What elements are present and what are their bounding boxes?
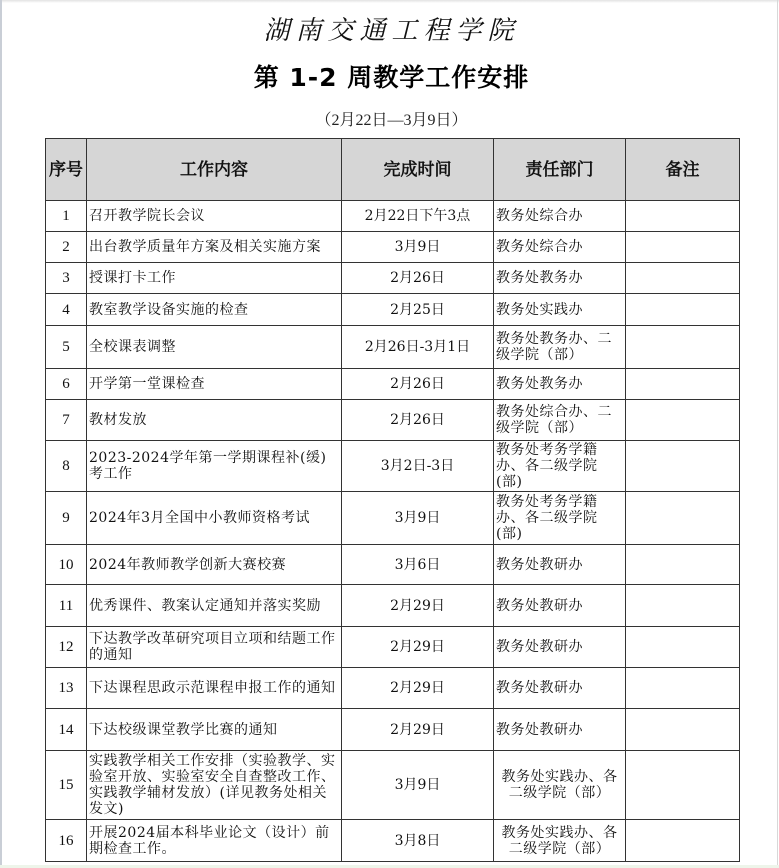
cell-dept: 教务处教研办 (494, 545, 626, 585)
cell-note (626, 369, 740, 400)
cell-content: 优秀课件、教案认定通知并落实奖励 (87, 585, 342, 627)
cell-note (626, 492, 740, 545)
cell-no: 5 (46, 326, 87, 369)
cell-note (626, 627, 740, 668)
cell-note (626, 585, 740, 627)
page-title: 第 1-2 周教学工作安排 (2, 58, 779, 94)
cell-time: 3月2日-3日 (342, 441, 494, 492)
cell-time: 2月29日 (342, 668, 494, 709)
cell-time: 2月26日 (342, 369, 494, 400)
cell-dept: 教务处考务学籍办、各二级学院(部) (494, 441, 626, 492)
top-shadow (2, 0, 779, 3)
cell-dept: 教务处教研办 (494, 668, 626, 709)
column-header-no: 序号 (46, 139, 87, 201)
cell-content: 开展2024届本科毕业论文（设计）前期检查工作。 (87, 820, 342, 862)
table-row: 11 优秀课件、教案认定通知并落实奖励 2月29日 教务处教研办 (46, 585, 740, 627)
table-row: 2 出台教学质量年方案及相关实施方案 3月9日 教务处综合办 (46, 232, 740, 263)
column-header-dept: 责任部门 (494, 139, 626, 201)
cell-dept: 教务处教研办 (494, 709, 626, 751)
cell-content: 下达教学改革研究项目立项和结题工作的通知 (87, 627, 342, 668)
cell-content: 授课打卡工作 (87, 263, 342, 294)
table-row: 13 下达课程思政示范课程申报工作的通知 2月29日 教务处教研办 (46, 668, 740, 709)
cell-no: 14 (46, 709, 87, 751)
cell-dept: 教务处教研办 (494, 627, 626, 668)
table-row: 15 实践教学相关工作安排（实验教学、实验室开放、实验室安全自查整改工作、实践教… (46, 751, 740, 820)
cell-content: 下达校级课堂教学比赛的通知 (87, 709, 342, 751)
cell-time: 2月26日 (342, 263, 494, 294)
document-page: 湖南交通工程学院 第 1-2 周教学工作安排 （2月22日—3月9日） 序号 工… (0, 0, 779, 865)
table-row: 4 教室教学设备实施的检查 2月25日 教务处实践办 (46, 294, 740, 326)
cell-dept: 教务处教务办 (494, 263, 626, 294)
cell-content: 实践教学相关工作安排（实验教学、实验室开放、实验室安全自查整改工作、实践教学辅材… (87, 751, 342, 820)
table-row: 10 2024年教师教学创新大赛校赛 3月6日 教务处教研办 (46, 545, 740, 585)
cell-note (626, 668, 740, 709)
cell-time: 2月26日 (342, 400, 494, 441)
cell-dept: 教务处综合办 (494, 232, 626, 263)
table-row: 16 开展2024届本科毕业论文（设计）前期检查工作。 3月8日 教务处实践办、… (46, 820, 740, 862)
cell-dept: 教务处综合办、二级学院（部） (494, 400, 626, 441)
table-row: 12 下达教学改革研究项目立项和结题工作的通知 2月29日 教务处教研办 (46, 627, 740, 668)
cell-no: 8 (46, 441, 87, 492)
table-header-row: 序号 工作内容 完成时间 责任部门 备注 (46, 139, 740, 201)
cell-content: 召开教学院长会议 (87, 201, 342, 232)
cell-note (626, 820, 740, 862)
cell-content: 全校课表调整 (87, 326, 342, 369)
cell-dept: 教务处考务学籍办、各二级学院(部) (494, 492, 626, 545)
cell-time: 2月22日下午3点 (342, 201, 494, 232)
cell-no: 4 (46, 294, 87, 326)
cell-dept: 教务处教务办 (494, 369, 626, 400)
cell-time: 2月29日 (342, 709, 494, 751)
cell-no: 10 (46, 545, 87, 585)
column-header-note: 备注 (626, 139, 740, 201)
cell-no: 16 (46, 820, 87, 862)
cell-time: 3月8日 (342, 820, 494, 862)
cell-time: 3月9日 (342, 492, 494, 545)
cell-time: 3月9日 (342, 232, 494, 263)
cell-note (626, 441, 740, 492)
cell-note (626, 263, 740, 294)
cell-content: 教材发放 (87, 400, 342, 441)
cell-time: 2月29日 (342, 585, 494, 627)
cell-dept: 教务处实践办 (494, 294, 626, 326)
cell-content: 2024年3月全国中小教师资格考试 (87, 492, 342, 545)
date-range: （2月22日—3月9日） (2, 107, 779, 130)
table-row: 7 教材发放 2月26日 教务处综合办、二级学院（部） (46, 400, 740, 441)
cell-note (626, 201, 740, 232)
cell-no: 1 (46, 201, 87, 232)
table-row: 14 下达校级课堂教学比赛的通知 2月29日 教务处教研办 (46, 709, 740, 751)
cell-note (626, 294, 740, 326)
table-row: 9 2024年3月全国中小教师资格考试 3月9日 教务处考务学籍办、各二级学院(… (46, 492, 740, 545)
cell-dept: 教务处实践办、各二级学院（部） (494, 820, 626, 862)
cell-no: 9 (46, 492, 87, 545)
cell-time: 3月6日 (342, 545, 494, 585)
school-name: 湖南交通工程学院 (2, 10, 779, 47)
cell-time: 2月25日 (342, 294, 494, 326)
cell-content: 2023-2024学年第一学期课程补(缓)考工作 (87, 441, 342, 492)
cell-note (626, 709, 740, 751)
cell-content: 出台教学质量年方案及相关实施方案 (87, 232, 342, 263)
cell-content: 2024年教师教学创新大赛校赛 (87, 545, 342, 585)
cell-no: 3 (46, 263, 87, 294)
table-row: 1 召开教学院长会议 2月22日下午3点 教务处综合办 (46, 201, 740, 232)
cell-time: 2月26日-3月1日 (342, 326, 494, 369)
cell-dept: 教务处教务办、二级学院（部） (494, 326, 626, 369)
table-row: 8 2023-2024学年第一学期课程补(缓)考工作 3月2日-3日 教务处考务… (46, 441, 740, 492)
cell-no: 7 (46, 400, 87, 441)
cell-dept: 教务处实践办、各二级学院（部） (494, 751, 626, 820)
table-row: 6 开学第一堂课检查 2月26日 教务处教务办 (46, 369, 740, 400)
table-row: 5 全校课表调整 2月26日-3月1日 教务处教务办、二级学院（部） (46, 326, 740, 369)
cell-content: 教室教学设备实施的检查 (87, 294, 342, 326)
cell-time: 2月29日 (342, 627, 494, 668)
cell-note (626, 326, 740, 369)
cell-dept: 教务处综合办 (494, 201, 626, 232)
cell-no: 12 (46, 627, 87, 668)
cell-dept: 教务处教研办 (494, 585, 626, 627)
cell-content: 下达课程思政示范课程申报工作的通知 (87, 668, 342, 709)
cell-note (626, 751, 740, 820)
table-row: 3 授课打卡工作 2月26日 教务处教务办 (46, 263, 740, 294)
column-header-time: 完成时间 (342, 139, 494, 201)
cell-no: 2 (46, 232, 87, 263)
schedule-table: 序号 工作内容 完成时间 责任部门 备注 1 召开教学院长会议 2月22日下午3… (45, 138, 740, 862)
cell-note (626, 545, 740, 585)
cell-note (626, 400, 740, 441)
cell-note (626, 232, 740, 263)
cell-content: 开学第一堂课检查 (87, 369, 342, 400)
column-header-content: 工作内容 (87, 139, 342, 201)
cell-no: 6 (46, 369, 87, 400)
cell-no: 15 (46, 751, 87, 820)
cell-no: 11 (46, 585, 87, 627)
cell-time: 3月9日 (342, 751, 494, 820)
cell-no: 13 (46, 668, 87, 709)
